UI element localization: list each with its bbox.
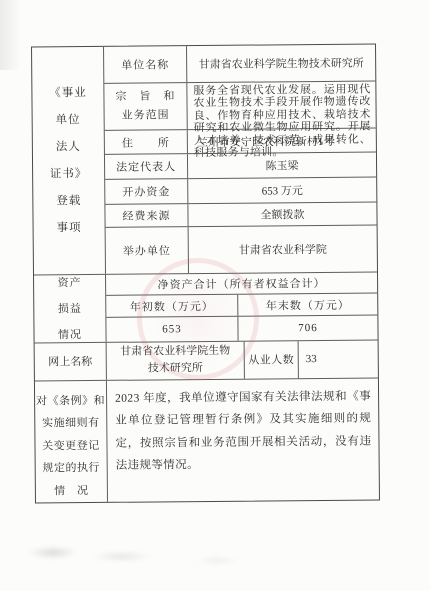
- staff-count-value: 33: [299, 341, 378, 378]
- annual-report-table: 《事业 单位 法人 证书》 登载 事项 单位名称 甘肃省农业科学院生物技术研究所…: [31, 44, 380, 504]
- online-name-value: 甘肃省农业科学院生物 技术研究所: [107, 342, 245, 379]
- assets-rows: 净资产合计（所有者权益合计） 年初数（万元） 年末数（万元） 653 706: [106, 273, 378, 342]
- capital-value: 653 万元: [188, 178, 376, 204]
- legal-rep-value: 陈玉梁: [188, 153, 376, 179]
- mission-label: 宗 旨 和 业务范围: [104, 83, 187, 130]
- table-row: 宗 旨 和 业务范围 服务全省现代农业发展。运用现代农业生物技术手段开展作物遗传…: [104, 82, 375, 132]
- sponsor-value: 甘肃省农业科学院: [189, 226, 377, 274]
- scan-corner-shading: [0, 0, 26, 70]
- table-row: 653 706: [106, 316, 377, 342]
- mission-value: 服务全省现代农业发展。运用现代农业生物技术手段开展作物遗传改良、作物育种应用技术…: [187, 82, 375, 130]
- online-name-label: 网上名称: [35, 343, 107, 380]
- year-end-label: 年末数（万元）: [238, 294, 377, 316]
- net-assets-total-label: 净资产合计（所有者权益合计）: [106, 273, 377, 295]
- compliance-statement: 2023 年度，我单位遵守国家有关法律法规和《事业单位登记管理暂行条例》及其实施…: [107, 378, 379, 502]
- certificate-section-header: 《事业 单位 法人 证书》 登载 事项: [32, 47, 106, 275]
- year-begin-value: 653: [106, 317, 238, 342]
- table-row: 法定代表人 陈玉梁: [105, 153, 376, 180]
- table-row: 开办资金 653 万元: [105, 178, 376, 205]
- table-row: 举办单位 甘肃省农业科学院: [106, 226, 377, 275]
- unit-name-label: 单位名称: [104, 46, 187, 83]
- assets-section-header: 资产 损益 情况: [34, 275, 107, 343]
- assets-section: 资产 损益 情况 净资产合计（所有者权益合计） 年初数（万元） 年末数（万元） …: [34, 273, 378, 344]
- table-row: 净资产合计（所有者权益合计）: [106, 273, 377, 296]
- table-row: 年初数（万元） 年末数（万元）: [106, 294, 377, 318]
- unit-name-value: 甘肃省农业科学院生物技术研究所: [187, 45, 375, 83]
- compliance-section-header: 对《条例》和 实施细则有 关变更登记 规定的执行 情 况: [35, 380, 108, 502]
- compliance-section: 对《条例》和 实施细则有 关变更登记 规定的执行 情 况 2023 年度，我单位…: [35, 378, 379, 502]
- table-row: 住 所 兰州市安宁区农科院新村1号: [105, 129, 376, 155]
- address-value: 兰州市安宁区农科院新村1号: [188, 129, 376, 154]
- year-end-value: 706: [238, 316, 377, 341]
- legal-rep-label: 法定代表人: [105, 154, 188, 179]
- certificate-section: 《事业 单位 法人 证书》 登载 事项 单位名称 甘肃省农业科学院生物技术研究所…: [32, 45, 377, 276]
- scan-smudge: [92, 551, 152, 562]
- funding-source-label: 经费来源: [105, 204, 188, 227]
- sponsor-label: 举办单位: [106, 227, 189, 274]
- year-begin-label: 年初数（万元）: [106, 295, 238, 317]
- online-name-section: 网上名称 甘肃省农业科学院生物 技术研究所 从业人数 33: [35, 341, 378, 381]
- table-row: 经费来源 全额拨款: [105, 203, 376, 228]
- scanned-document-page: 《事业 单位 法人 证书》 登载 事项 单位名称 甘肃省农业科学院生物技术研究所…: [0, 0, 430, 591]
- certificate-rows: 单位名称 甘肃省农业科学院生物技术研究所 宗 旨 和 业务范围 服务全省现代农业…: [104, 45, 377, 275]
- table-row: 单位名称 甘肃省农业科学院生物技术研究所: [104, 45, 375, 84]
- staff-count-label: 从业人数: [245, 342, 299, 379]
- funding-source-value: 全额拨款: [188, 203, 376, 227]
- scan-smudge: [196, 556, 238, 565]
- address-label: 住 所: [105, 130, 188, 154]
- scan-smudge: [28, 546, 78, 559]
- capital-label: 开办资金: [105, 179, 188, 204]
